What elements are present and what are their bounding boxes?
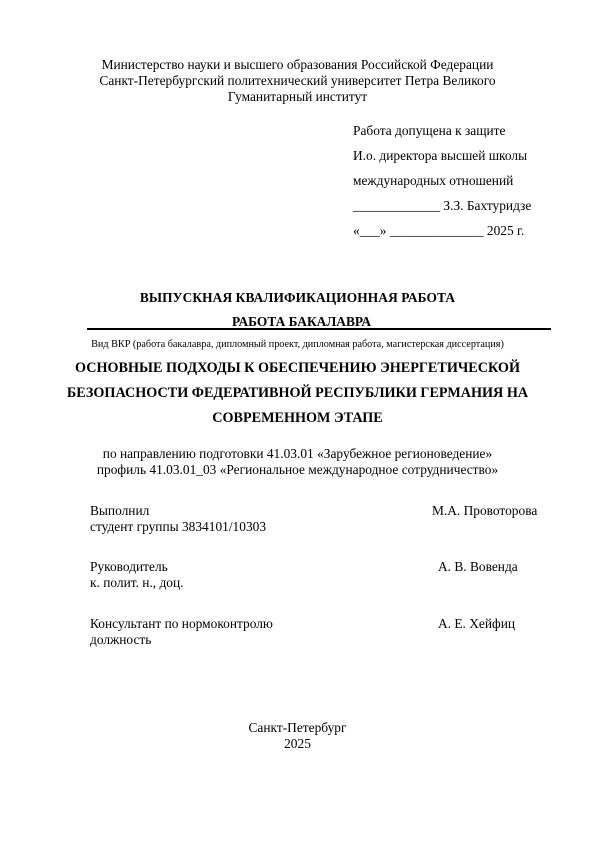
work-type-subtitle-text: РАБОТА БАКАЛАВРА xyxy=(232,314,371,329)
institute-name: Гуманитарный институт xyxy=(0,89,595,105)
direction-line-1: по направлению подготовки 41.03.01 «Зару… xyxy=(0,446,595,462)
university-name: Санкт-Петербургский политехнический унив… xyxy=(0,73,595,89)
work-type-underline xyxy=(87,328,551,330)
signature-consultant: Консультант по нормоконтролю должность xyxy=(90,616,273,648)
signature-author: Выполнил студент группы 3834101/10303 xyxy=(90,503,266,535)
signature-role: Выполнил xyxy=(90,503,266,519)
signature-supervisor: Руководитель к. полит. н., доц. xyxy=(90,559,184,591)
approval-line-1: Работа допущена к защите xyxy=(353,123,531,148)
signature-name: А. Е. Хейфиц xyxy=(438,616,515,632)
signature-name: А. В. Вовенда xyxy=(438,559,518,575)
direction-line-2: профиль 41.03.01_03 «Региональное междун… xyxy=(0,462,595,478)
ministry-name: Министерство науки и высшего образования… xyxy=(0,57,595,73)
approval-block: Работа допущена к защите И.о. директора … xyxy=(353,123,531,248)
topic-line-2: БЕЗОПАСНОСТИ ФЕДЕРАТИВНОЙ РЕСПУБЛИКИ ГЕР… xyxy=(0,381,595,406)
approval-line-2: И.о. директора высшей школы xyxy=(353,148,531,173)
signature-detail: студент группы 3834101/10303 xyxy=(90,519,266,535)
footer-year: 2025 xyxy=(0,736,595,752)
institution-header: Министерство науки и высшего образования… xyxy=(0,57,595,105)
footer: Санкт-Петербург 2025 xyxy=(0,720,595,752)
work-type-title: ВЫПУСКНАЯ КВАЛИФИКАЦИОННАЯ РАБОТА xyxy=(0,290,595,306)
footer-city: Санкт-Петербург xyxy=(0,720,595,736)
signature-role: Консультант по нормоконтролю xyxy=(90,616,273,632)
topic-line-3: СОВРЕМЕННОМ ЭТАПЕ xyxy=(0,406,595,431)
work-type-hint: Вид ВКР (работа бакалавра, дипломный про… xyxy=(0,339,595,350)
approval-line-3: международных отношений xyxy=(353,173,531,198)
study-direction: по направлению подготовки 41.03.01 «Зару… xyxy=(0,446,595,478)
approval-date: «___» ______________ 2025 г. xyxy=(353,223,531,248)
signature-detail: к. полит. н., доц. xyxy=(90,575,184,591)
signature-role: Руководитель xyxy=(90,559,184,575)
approval-signature: _____________ З.З. Бахтуридзе xyxy=(353,198,531,223)
thesis-topic: ОСНОВНЫЕ ПОДХОДЫ К ОБЕСПЕЧЕНИЮ ЭНЕРГЕТИЧ… xyxy=(0,356,595,431)
signature-name: М.А. Провоторова xyxy=(432,503,537,519)
signature-detail: должность xyxy=(90,632,273,648)
topic-line-1: ОСНОВНЫЕ ПОДХОДЫ К ОБЕСПЕЧЕНИЮ ЭНЕРГЕТИЧ… xyxy=(0,356,595,381)
